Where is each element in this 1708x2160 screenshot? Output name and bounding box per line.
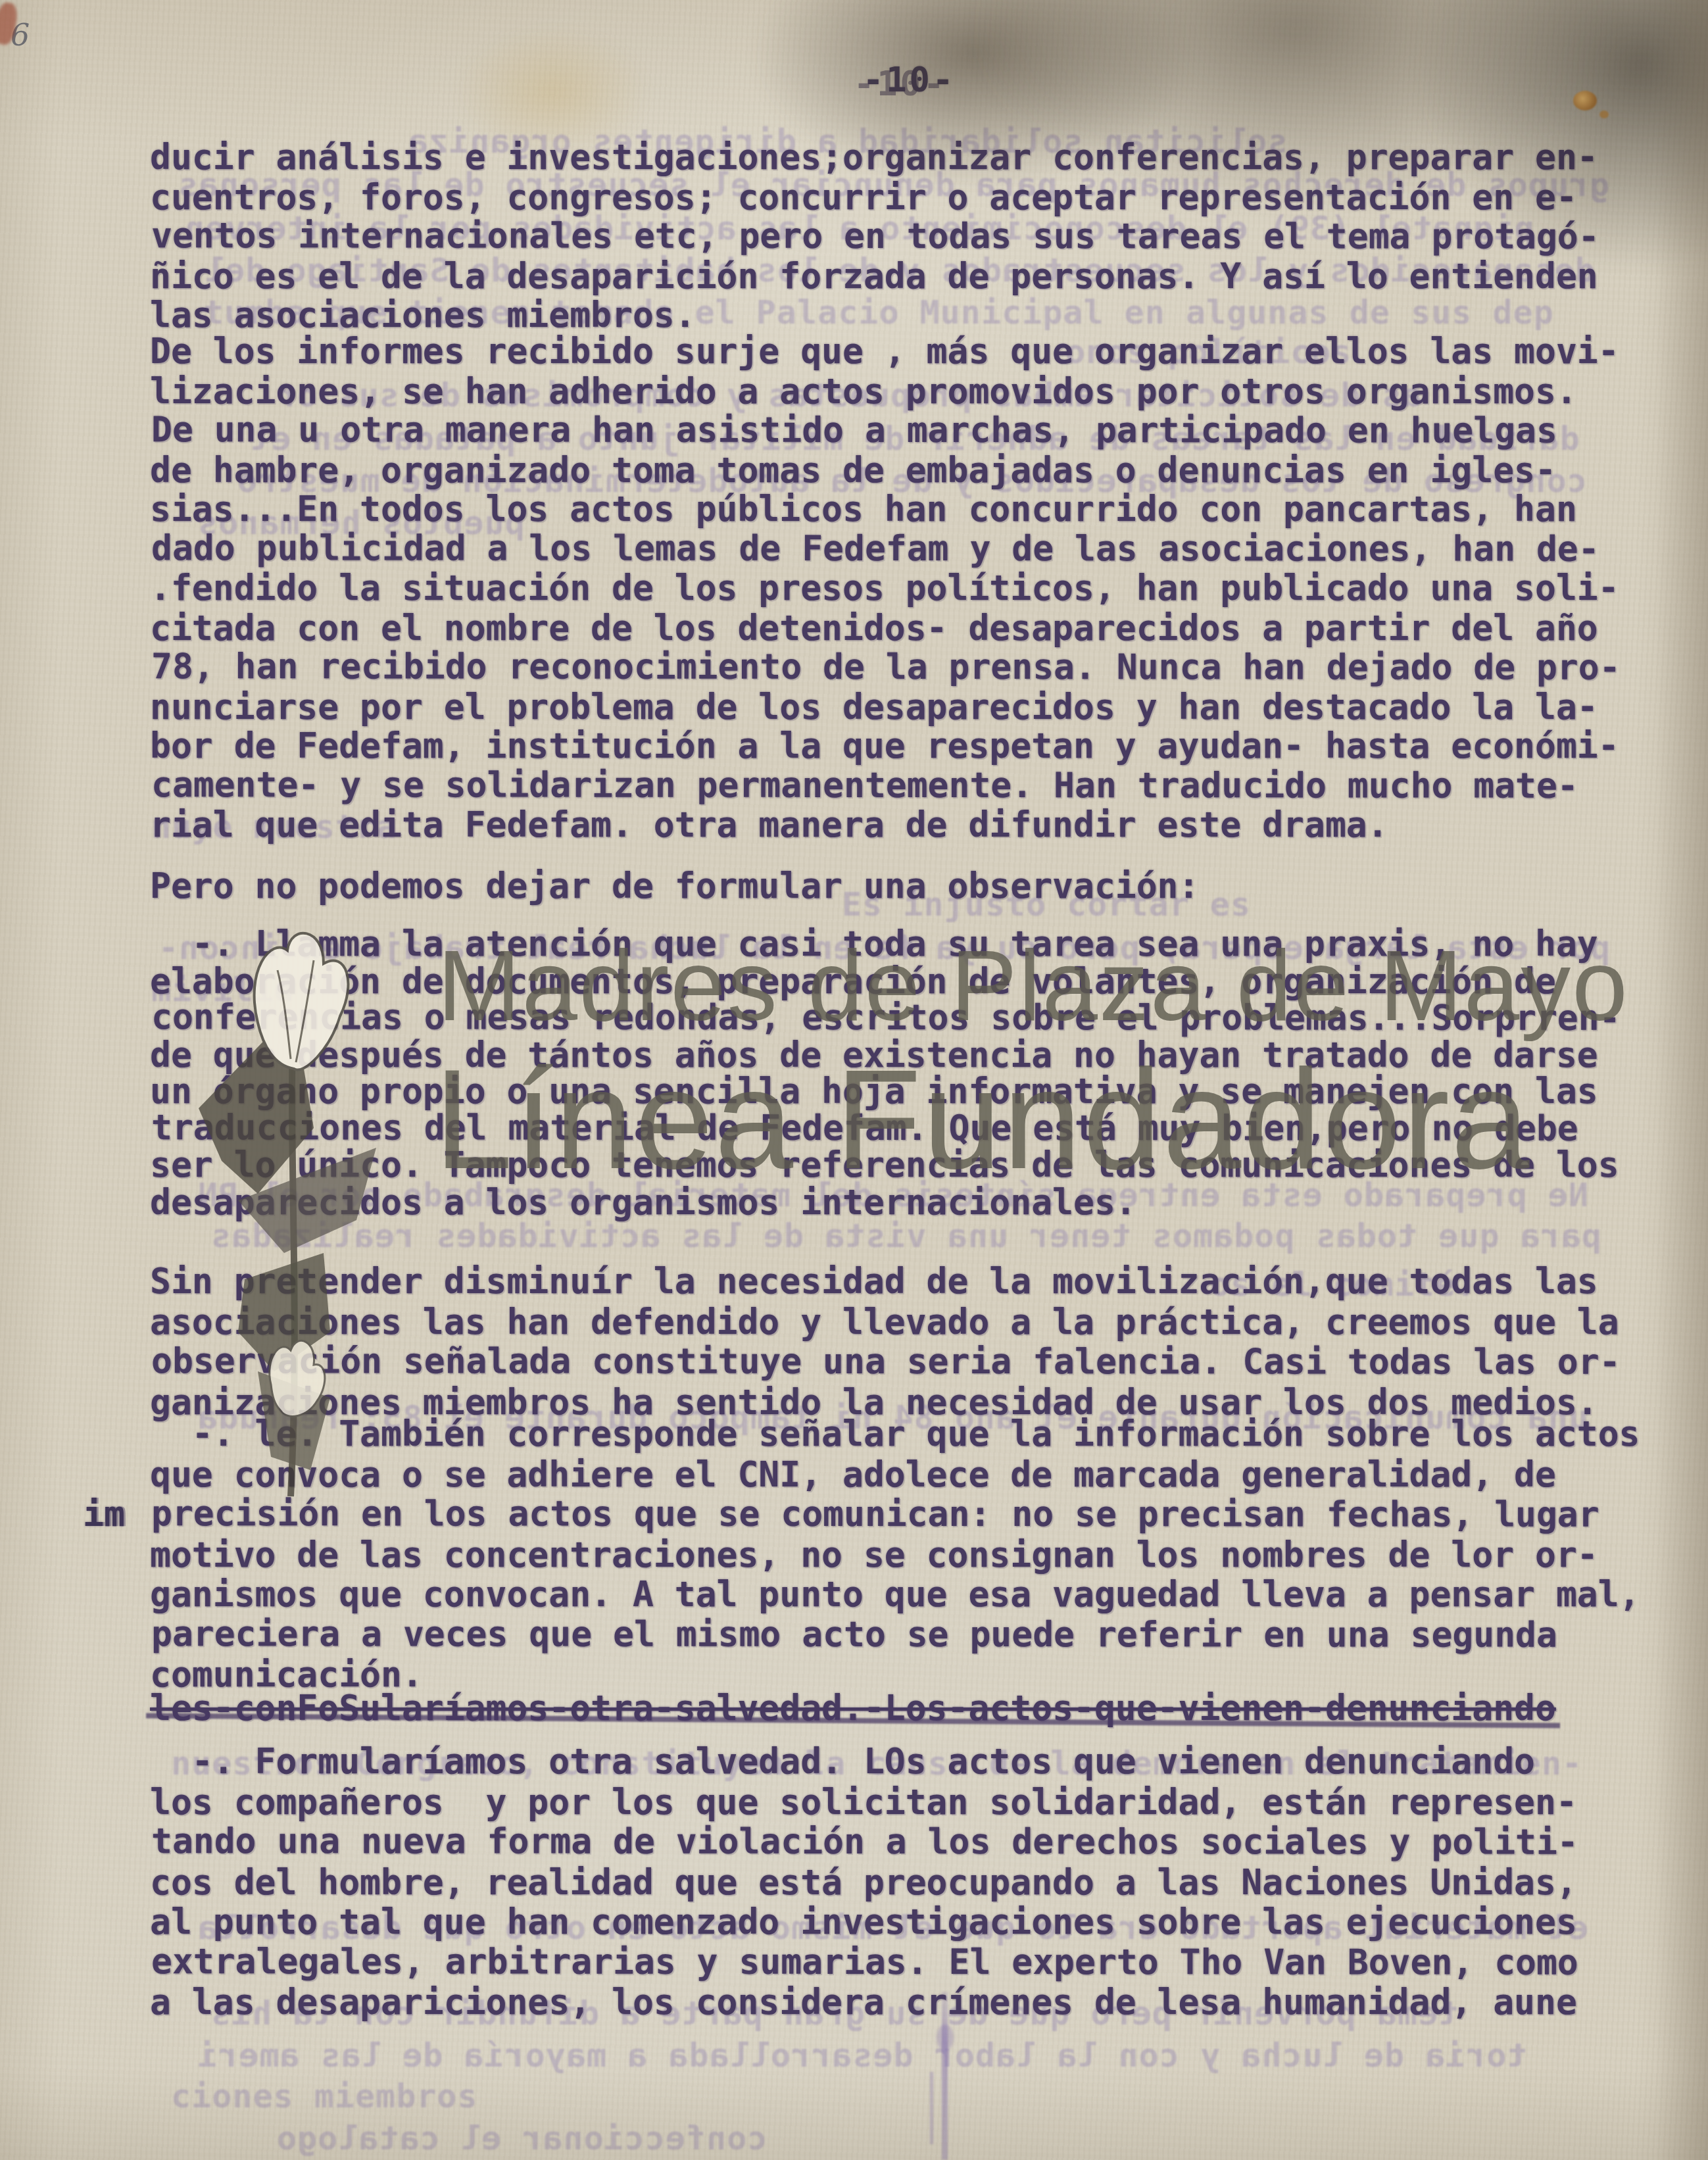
text-line: las asociaciones miembros. [150,296,1682,335]
text-line: traducciones del material de Fedefam. Qu… [151,1110,1684,1148]
text-line: ganismos que convocan. A tal punto que e… [150,1575,1682,1615]
text-line: tando una nueva forma de violación a los… [151,1821,1684,1863]
text-line: elaboración de documentos, preparación d… [150,964,1682,1000]
text-line: nunciarse por el problema de los desapar… [150,688,1682,727]
text-line: desaparecidos a los organismos internaci… [150,1185,1682,1221]
text-line: sias...En todos los actos públicos han c… [150,490,1682,529]
page-number: -10- [863,61,956,100]
text-line: al punto tal que han comenzado investiga… [150,1902,1682,1942]
text-line: -. Formularíamos otra salvedad. LOs acto… [150,1742,1682,1782]
paragraph-informes: De los informes recibido surje que , más… [150,332,1682,845]
text-line: bor de Fedefam, institución a la que res… [150,727,1682,766]
text-line: ñico es el de la desaparición forzada de… [150,257,1682,297]
text-line: de hambre, organizado toma tomas de emba… [150,451,1682,491]
text-line: citada con el nombre de los detenidos- d… [150,609,1682,649]
text-line: un órgano propio o una sencilla hoja inf… [150,1073,1682,1110]
text-line: extralegales, arbitrarias y sumarias. El… [151,1942,1684,1983]
text-line: conferencias o mesas redondas, escritos … [151,999,1684,1037]
text-line: De los informes recibido surje que , más… [150,332,1682,372]
text-line: cuentros, foros, congresos; concurrir o … [150,178,1682,218]
text-line: ser lo único. Tampoco tenemos referencia… [150,1147,1682,1184]
text-line: a las desapariciones, los considera crím… [150,1982,1682,2023]
paragraph-tambien: -. le. También corresponde señalar que l… [150,1414,1682,1695]
text-line: que convoca o se adhiere el CNI, adolece… [150,1455,1682,1495]
text-line: dado publicidad a los lemas de Fedefam y… [151,529,1684,570]
paragraph-observacion-intro: Pero no podemos dejar de formular una ob… [150,867,1682,906]
bleedthrough-line: ciones miembros [171,2077,478,2115]
text-line: los compañeros y por los que solicitan s… [150,1782,1682,1823]
text-line: pareciera a veces que el mismo acto se p… [151,1614,1684,1656]
text-line: Pero no podemos dejar de formular una ob… [150,867,1682,906]
paragraph-movilizacion: Sin pretender disminuír la necesidad de … [150,1262,1682,1422]
text-line: cos del hombre, realidad que está preocu… [150,1863,1682,1903]
text-line: ventos internacionales etc, pero en toda… [151,216,1684,257]
text-line: Sin pretender disminuír la necesidad de … [150,1262,1682,1302]
text-line: precisión en los actos que se comunican:… [151,1494,1684,1535]
paragraph-continuation: ducir análisis e investigaciones;organiz… [150,138,1682,335]
bleedthrough-line: toria de lucha y con la labor desarrolla… [197,2036,1527,2074]
text-line: asociaciones las han defendido y llevado… [150,1302,1682,1342]
margin-correction: im [83,1494,125,1534]
text-line: -. le. También corresponde señalar que l… [150,1414,1682,1454]
text-line: De una u otra manera han asistido a marc… [151,410,1684,451]
text-line: .fendido la situación de los presos polí… [150,569,1682,608]
text-line: motivo de las concentraciones, no se con… [150,1535,1682,1575]
document-page: solicitan solidaridad a dirigentes organ… [0,0,1708,2160]
text-line: -. Llamma la atención que casi toda su t… [150,926,1682,963]
text-line: camente- y se solidarizan permanentement… [151,766,1684,806]
text-line: ducir análisis e investigaciones;organiz… [150,138,1682,178]
text-line: observación señalada constituye una seri… [151,1341,1684,1383]
handwritten-margin-note: 6 [11,17,30,53]
text-line: de que después de tántos años de existen… [150,1037,1682,1074]
paragraph-salvedad: -. Formularíamos otra salvedad. LOs acto… [150,1742,1682,2023]
text-line: 78, han recibido reconocimiento de la pr… [151,647,1684,688]
paragraph-observacion: -. Llamma la atención que casi toda su t… [150,926,1682,1221]
bleedthrough-line: confeccionar el catalogo [276,2119,767,2157]
text-line: rial que edita Fedefam. otra manera de d… [150,806,1682,845]
text-line: lizaciones, se han adherido a actos prom… [150,372,1682,412]
